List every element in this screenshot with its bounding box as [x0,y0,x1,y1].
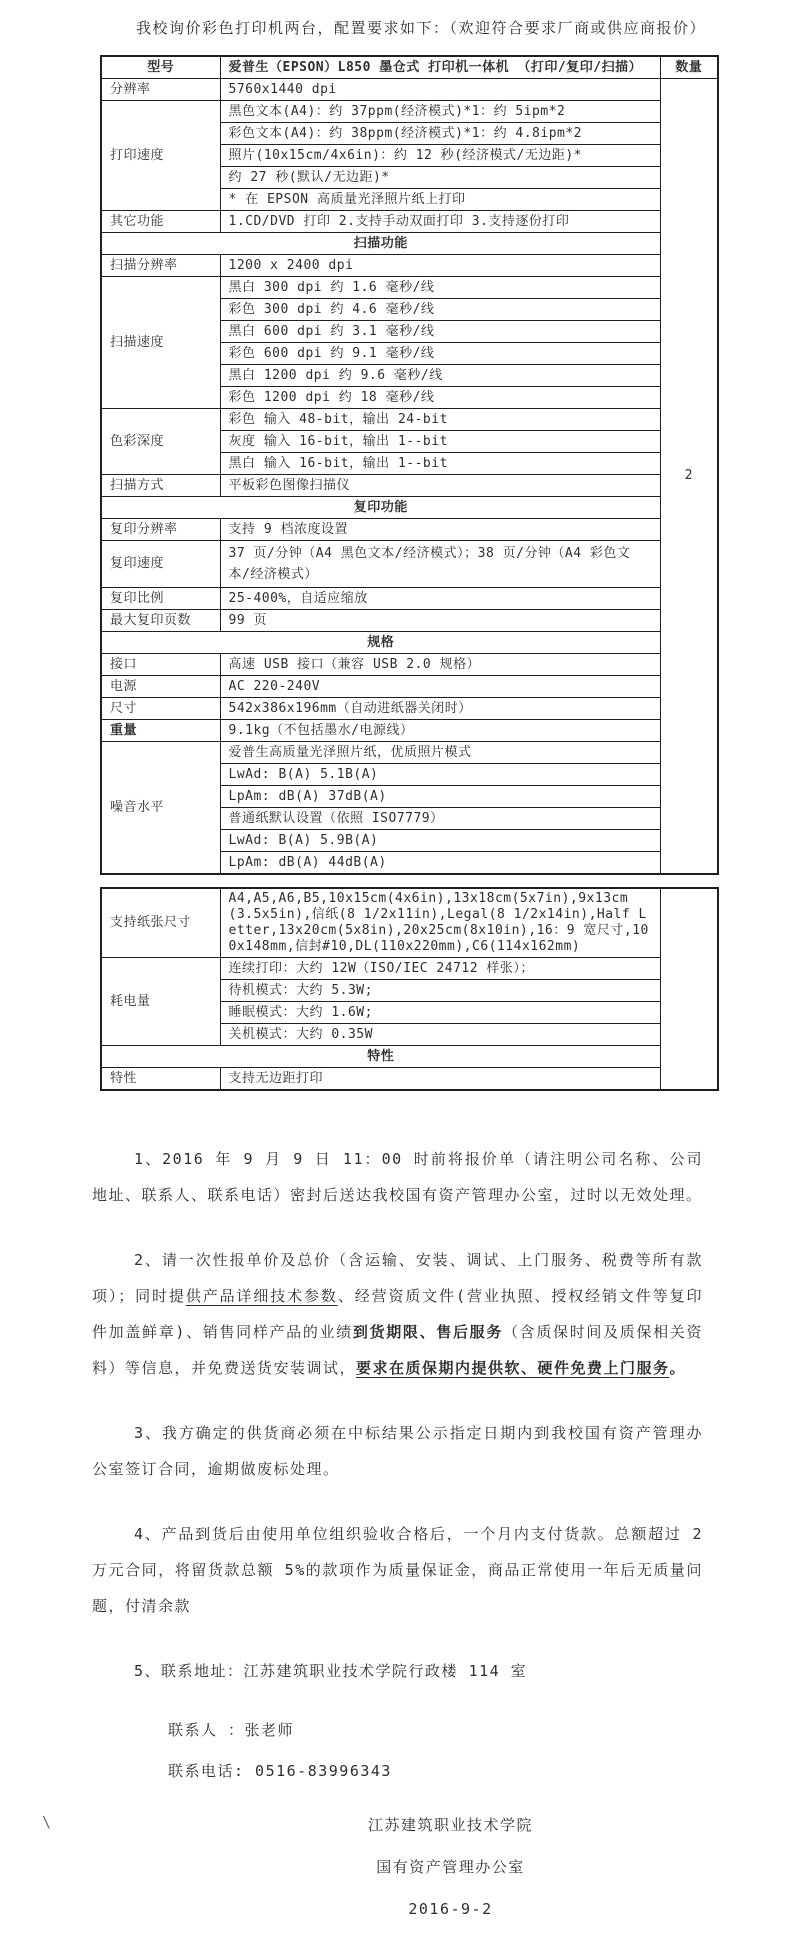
print-speed-value: 照片(10x15cm/4x6in)：约 12 秒(经济模式/无边距)* [220,145,660,167]
table-row: 重量 9.1kg（不包括墨水/电源线） [101,720,718,742]
signature-date: 2016-9-2 [108,1897,793,1921]
power-value: AC 220-240V [220,676,660,698]
other-features-value: 1.CD/DVD 打印 2.支持手动双面打印 3.支持逐份打印 [220,211,660,233]
table-row: 扫描速度 黑白 300 dpi 约 1.6 毫秒/线 [101,277,718,299]
section-row: 复印功能 [101,497,718,519]
printer-extra-table: 支持纸张尺寸 A4,A5,A6,B5,10x15cm(4x6in),13x18c… [100,887,719,1091]
table-row: 色彩深度 彩色 输入 48-bit，输出 24-bit [101,409,718,431]
section-row: 特性 [101,1046,718,1068]
noise-level-value: 普通纸默认设置（依照 ISO7779） [220,808,660,830]
noise-level-value: LpAm: dB(A) 37dB(A) [220,786,660,808]
term2-bold-underlined-text: 要求在质保期内提供软、硬件免费上门服务 [356,1359,670,1377]
resolution-label: 分辨率 [101,79,220,101]
scan-method-value: 平板彩色图像扫描仪 [220,475,660,497]
contact-person: 联系人 ：张老师 [168,1718,793,1742]
section-row: 扫描功能 [101,233,718,255]
color-depth-value: 黑白 输入 16-bit，输出 1--bit [220,453,660,475]
table-row: 复印速度 37 页/分钟（A4 黑色文本/经济模式）；38 页/分钟（A4 彩色… [101,541,718,588]
noise-level-label: 噪音水平 [101,742,220,875]
table-row: 耗电量 连续打印：大约 12W（ISO/IEC 24712 样张）； [101,958,718,980]
paper-sizes-value: A4,A5,A6,B5,10x15cm(4x6in),13x18cm(5x7in… [220,888,660,958]
section-row: 规格 [101,632,718,654]
features-label: 特性 [101,1068,220,1091]
weight-label: 重量 [101,720,220,742]
table-row: 复印分辨率 支持 9 档浓度设置 [101,519,718,541]
noise-level-value: LpAm: dB(A) 44dB(A) [220,852,660,875]
table-row: 扫描分辨率 1200 x 2400 dpi [101,255,718,277]
interface-label: 接口 [101,654,220,676]
scan-speed-value: 彩色 1200 dpi 约 18 毫秒/线 [220,387,660,409]
power-consumption-value: 待机模式：大约 5.3W; [220,980,660,1002]
scan-section-header: 扫描功能 [101,233,660,255]
table-row: 复印比例 25-400%，自适应缩放 [101,588,718,610]
printer-spec-table: 型号 爱普生（EPSON）L850 墨仓式 打印机一体机 （打印/复印/扫描） … [100,55,719,875]
signature-org-line2: 国有资产管理办公室 [108,1855,793,1879]
scan-speed-value: 黑白 600 dpi 约 3.1 毫秒/线 [220,321,660,343]
stray-backslash: \ [42,1813,51,1831]
power-label: 电源 [101,676,220,698]
copy-section-header: 复印功能 [101,497,660,519]
table-row: 打印速度 黑色文本(A4)：约 37ppm(经济模式)*1：约 5ipm*2 [101,101,718,123]
table-row: 其它功能 1.CD/DVD 打印 2.支持手动双面打印 3.支持逐份打印 [101,211,718,233]
dimensions-value: 542x386x196mm（自动进纸器关闭时） [220,698,660,720]
scan-speed-value: 彩色 600 dpi 约 9.1 毫秒/线 [220,343,660,365]
print-speed-value: 约 27 秒(默认/无边距)* [220,167,660,189]
print-speed-label: 打印速度 [101,101,220,211]
other-features-label: 其它功能 [101,211,220,233]
copy-ratio-value: 25-400%，自适应缩放 [220,588,660,610]
copy-max-pages-label: 最大复印页数 [101,610,220,632]
color-depth-value: 灰度 输入 16-bit，输出 1--bit [220,431,660,453]
signature-block: \ 江苏建筑职业技术学院 国有资产管理办公室 2016-9-2 [0,1813,793,1921]
term-item-4: 4、产品到货后由使用单位组织验收合格后，一个月内支付货款。总额超过 2 万元合同… [92,1516,703,1624]
noise-level-value: 爱普生高质量光泽照片纸，优质照片模式 [220,742,660,764]
color-depth-label: 色彩深度 [101,409,220,475]
scan-speed-label: 扫描速度 [101,277,220,409]
table-row: 支持纸张尺寸 A4,A5,A6,B5,10x15cm(4x6in),13x18c… [101,888,718,958]
copy-ratio-label: 复印比例 [101,588,220,610]
print-speed-value: 彩色文本(A4)：约 38ppm(经济模式)*1：约 4.8ipm*2 [220,123,660,145]
copy-resolution-value: 支持 9 档浓度设置 [220,519,660,541]
scan-speed-value: 黑白 1200 dpi 约 9.6 毫秒/线 [220,365,660,387]
qty-header-label: 数量 [660,56,718,79]
terms-section: 1、2016 年 9 月 9 日 11：00 时前将报价单（请注明公司名称、公司… [0,1141,793,1689]
interface-value: 高速 USB 接口（兼容 USB 2.0 规格） [220,654,660,676]
color-depth-value: 彩色 输入 48-bit，输出 24-bit [220,409,660,431]
term-item-5: 5、联系地址：江苏建筑职业技术学院行政楼 114 室 [92,1653,703,1689]
term2-underlined-text: 供产品详细技术参数 [186,1287,338,1305]
copy-speed-label: 复印速度 [101,541,220,588]
table-row: 噪音水平 爱普生高质量光泽照片纸，优质照片模式 [101,742,718,764]
copy-max-pages-value: 99 页 [220,610,660,632]
dimensions-label: 尺寸 [101,698,220,720]
copy-speed-value: 37 页/分钟（A4 黑色文本/经济模式）；38 页/分钟（A4 彩色文本/经济… [220,541,660,588]
power-consumption-label: 耗电量 [101,958,220,1046]
power-consumption-value: 连续打印：大约 12W（ISO/IEC 24712 样张）； [220,958,660,980]
term2-bold-text: 到货期限、售后服务 [353,1323,503,1341]
model-header-label: 型号 [101,56,220,79]
term-item-2: 2、请一次性报单价及总价（含运输、安装、调试、上门服务、税费等所有款项）；同时提… [92,1242,703,1386]
contact-phone: 联系电话: 0516-83996343 [168,1759,793,1783]
term-item-3: 3、我方确定的供货商必须在中标结果公示指定日期内到我校国有资产管理办公室签订合同… [92,1415,703,1487]
print-speed-value: 黑色文本(A4)：约 37ppm(经济模式)*1：约 5ipm*2 [220,101,660,123]
power-consumption-value: 关机模式：大约 0.35W [220,1024,660,1046]
noise-level-value: LwAd: B(A) 5.1B(A) [220,764,660,786]
table-row: 接口 高速 USB 接口（兼容 USB 2.0 规格） [101,654,718,676]
model-header-value: 爱普生（EPSON）L850 墨仓式 打印机一体机 （打印/复印/扫描） [220,56,660,79]
table-row: 扫描方式 平板彩色图像扫描仪 [101,475,718,497]
features-value: 支持无边距打印 [220,1068,660,1091]
paper-sizes-label: 支持纸张尺寸 [101,888,220,958]
noise-level-value: LwAd: B(A) 5.9B(A) [220,830,660,852]
resolution-value: 5760x1440 dpi [220,79,660,101]
power-consumption-value: 睡眠模式：大约 1.6W; [220,1002,660,1024]
scan-resolution-label: 扫描分辨率 [101,255,220,277]
term-item-1: 1、2016 年 9 月 9 日 11：00 时前将报价单（请注明公司名称、公司… [92,1141,703,1213]
scan-method-label: 扫描方式 [101,475,220,497]
quantity-cell: 2 [660,79,718,875]
table-row: 尺寸 542x386x196mm（自动进纸器关闭时） [101,698,718,720]
weight-value: 9.1kg（不包括墨水/电源线） [220,720,660,742]
spec-section-header: 规格 [101,632,660,654]
scan-speed-value: 彩色 300 dpi 约 4.6 毫秒/线 [220,299,660,321]
empty-quantity-cell [660,888,718,1090]
table-header-row: 型号 爱普生（EPSON）L850 墨仓式 打印机一体机 （打印/复印/扫描） … [101,56,718,79]
print-speed-footnote: * 在 EPSON 高质量光泽照片纸上打印 [220,189,660,211]
table-row: 电源 AC 220-240V [101,676,718,698]
scan-resolution-value: 1200 x 2400 dpi [220,255,660,277]
copy-resolution-label: 复印分辨率 [101,519,220,541]
feature-section-header: 特性 [101,1046,660,1068]
table-row: 特性 支持无边距打印 [101,1068,718,1091]
scan-speed-value: 黑白 300 dpi 约 1.6 毫秒/线 [220,277,660,299]
table-row: 分辨率 5760x1440 dpi 2 [101,79,718,101]
term2-bold-text: 。 [670,1359,687,1377]
intro-paragraph: 我校询价彩色打印机两台，配置要求如下：（欢迎符合要求厂商或供应商报价） [92,14,705,43]
signature-org-line1: 江苏建筑职业技术学院 [108,1813,793,1837]
table-row: 最大复印页数 99 页 [101,610,718,632]
